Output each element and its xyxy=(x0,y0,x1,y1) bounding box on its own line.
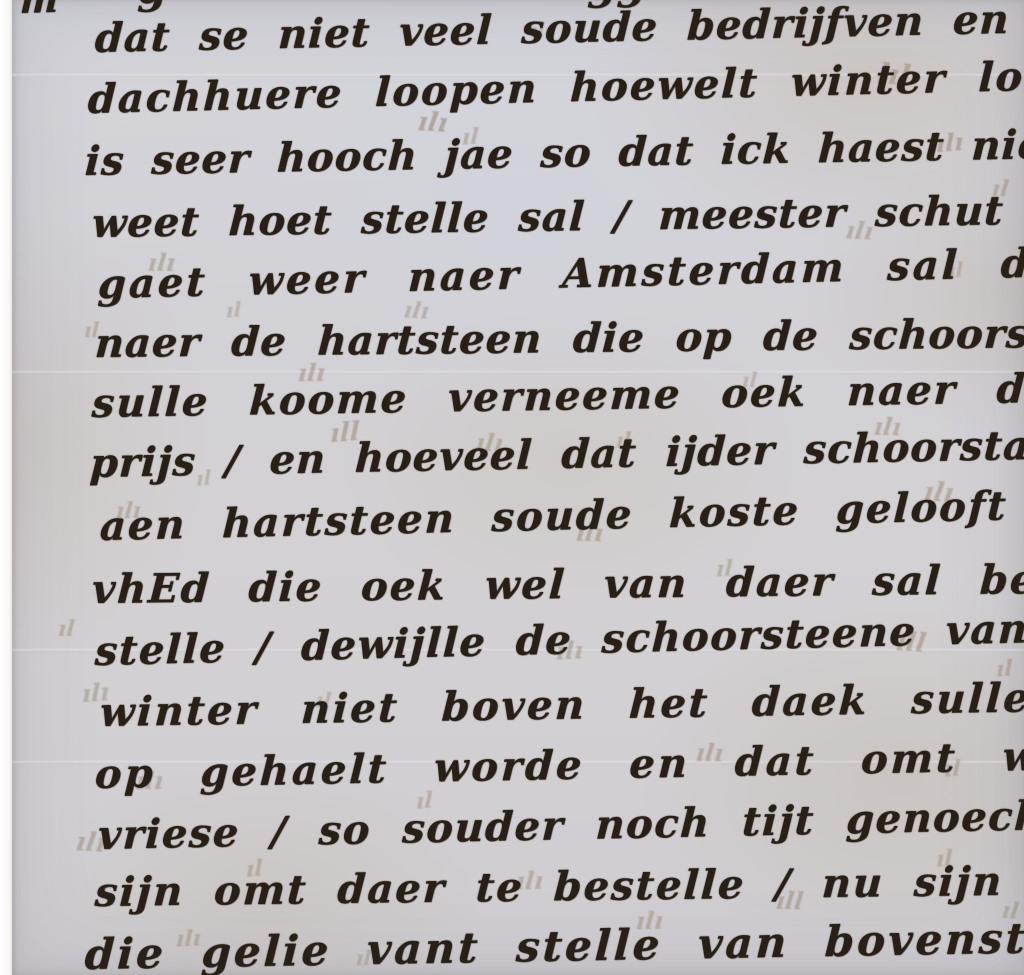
scanner-white-margin xyxy=(0,0,12,975)
manuscript-line-8: prijs / en hoeveel dat ijder schoorsta xyxy=(89,422,1024,487)
manuscript-line-6: naer de hartsteen die op de schoorstee xyxy=(94,309,1024,367)
manuscript-line-9: aen hartsteen soude koste gelooft xyxy=(99,482,1009,550)
manuscript-line-2: dachhuere loopen hoewelt winter loon xyxy=(87,52,1024,123)
manuscript-line-12: winter niet boven het daek sulle xyxy=(99,674,1024,736)
manuscript-cutoff-fragment-2: g xyxy=(137,0,169,13)
manuscript-cutoff-fragment-3: gg xyxy=(587,0,648,9)
manuscript-line-4: weet hoet stelle sal / meester schut xyxy=(91,187,1005,247)
manuscript-scan-page: ılııllılılıılılıılılıılılııllılıılılıılı… xyxy=(0,0,1024,975)
manuscript-line-1: dat se niet veel soude bedrijfven en de xyxy=(94,0,1024,62)
manuscript-line-16: die gelie vant stelle van bovenste xyxy=(84,913,1024,975)
manuscript-line-15: sijn omt daer te bestelle / nu sijn xyxy=(94,858,1005,916)
manuscript-line-5: gaet weer naer Amsterdam sal daer xyxy=(97,238,1024,308)
manuscript-line-14: vriese / so souder noch tijt genoech xyxy=(97,792,1024,859)
manuscript-line-7: sulle koome verneeme oek naer de xyxy=(91,365,1024,427)
manuscript-cutoff-fragment-1: m xyxy=(19,0,59,22)
handwritten-text-layer: dat se niet veel soude bedrijfven en ded… xyxy=(0,0,1024,975)
manuscript-line-11: stelle / dewijlle de schoorsteene van xyxy=(94,605,1024,675)
manuscript-line-13: op gehaelt worde en dat omt wt xyxy=(94,732,1024,798)
manuscript-line-10: vhEd die oek wel van daer sal be xyxy=(91,556,1024,613)
manuscript-line-3: is seer hooch jae so dat ick haest niet xyxy=(84,121,1024,185)
